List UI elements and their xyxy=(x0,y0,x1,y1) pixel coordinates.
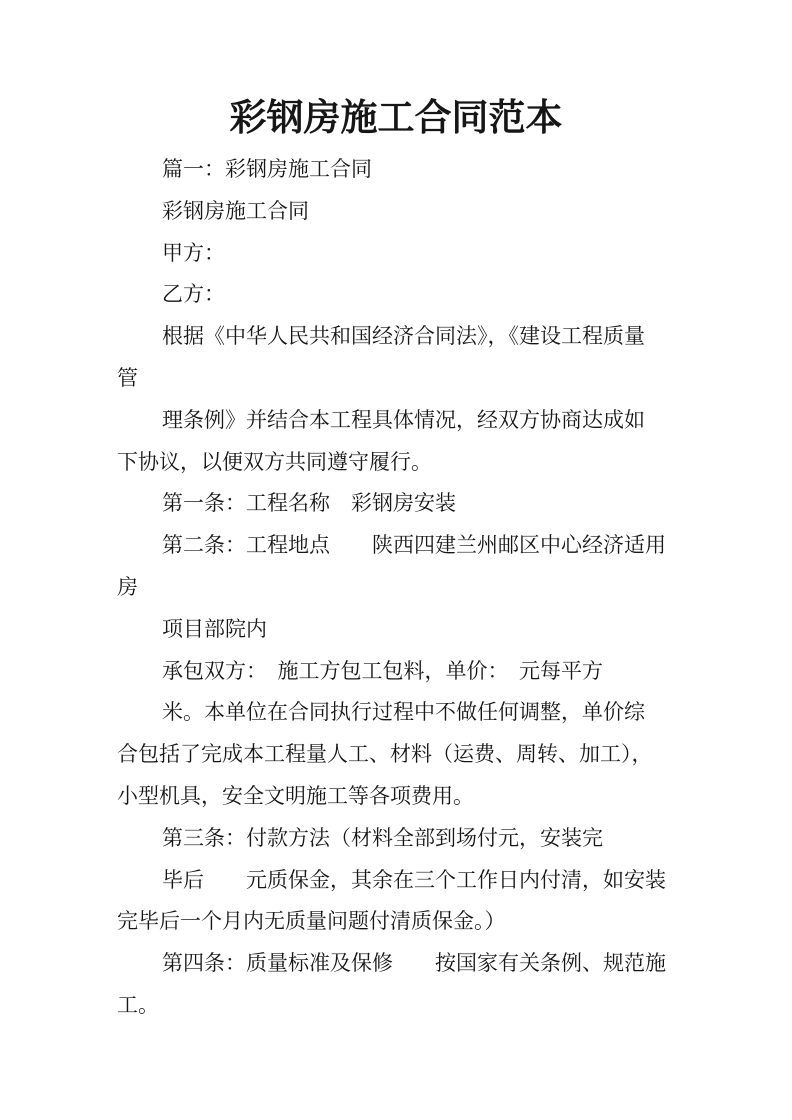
document-line: 合包括了完成本工程量人工、材料（运费、周转、加工）， xyxy=(117,734,737,776)
document-line: 承包双方： 施工方包工包料，单价： 元每平方 xyxy=(117,651,737,693)
document-line: 下协议，以便双方共同遵守履行。 xyxy=(117,442,737,484)
document-line: 理条例》并结合本工程具体情况，经双方协商达成如 xyxy=(117,400,737,442)
document-line: 项目部院内 xyxy=(117,609,737,651)
document-line: 第一条：工程名称 彩钢房安装 xyxy=(117,483,737,525)
document-line: 根据《中华人民共和国经济合同法》，《建设工程质量 xyxy=(117,316,737,358)
document-line: 篇一：彩钢房施工合同 xyxy=(117,149,737,191)
document-line: 乙方： xyxy=(117,274,737,316)
document-line: 完毕后一个月内无质量问题付清质保金。） xyxy=(117,901,737,943)
document-line: 工。 xyxy=(117,985,737,1027)
document-line: 毕后 元质保金，其余在三个工作日内付清，如安装 xyxy=(117,860,737,902)
document-page: 彩钢房施工合同范本 篇一：彩钢房施工合同 彩钢房施工合同 甲方： 乙方： 根据《… xyxy=(0,0,792,1120)
document-line: 米。本单位在合同执行过程中不做任何调整，单价综 xyxy=(117,692,737,734)
document-line: 第四条：质量标准及保修 按国家有关条例、规范施 xyxy=(117,943,737,985)
document-line: 小型机具，安全文明施工等各项费用。 xyxy=(117,776,737,818)
document-title: 彩钢房施工合同范本 xyxy=(0,97,792,141)
document-body: 篇一：彩钢房施工合同 彩钢房施工合同 甲方： 乙方： 根据《中华人民共和国经济合… xyxy=(117,149,737,1027)
document-line: 第二条：工程地点 陕西四建兰州邮区中心经济适用 xyxy=(117,525,737,567)
document-line: 甲方： xyxy=(117,233,737,275)
document-line: 房 xyxy=(117,567,737,609)
document-line: 彩钢房施工合同 xyxy=(117,191,737,233)
document-line: 第三条：付款方法（材料全部到场付元，安装完 xyxy=(117,818,737,860)
document-line: 管 xyxy=(117,358,737,400)
